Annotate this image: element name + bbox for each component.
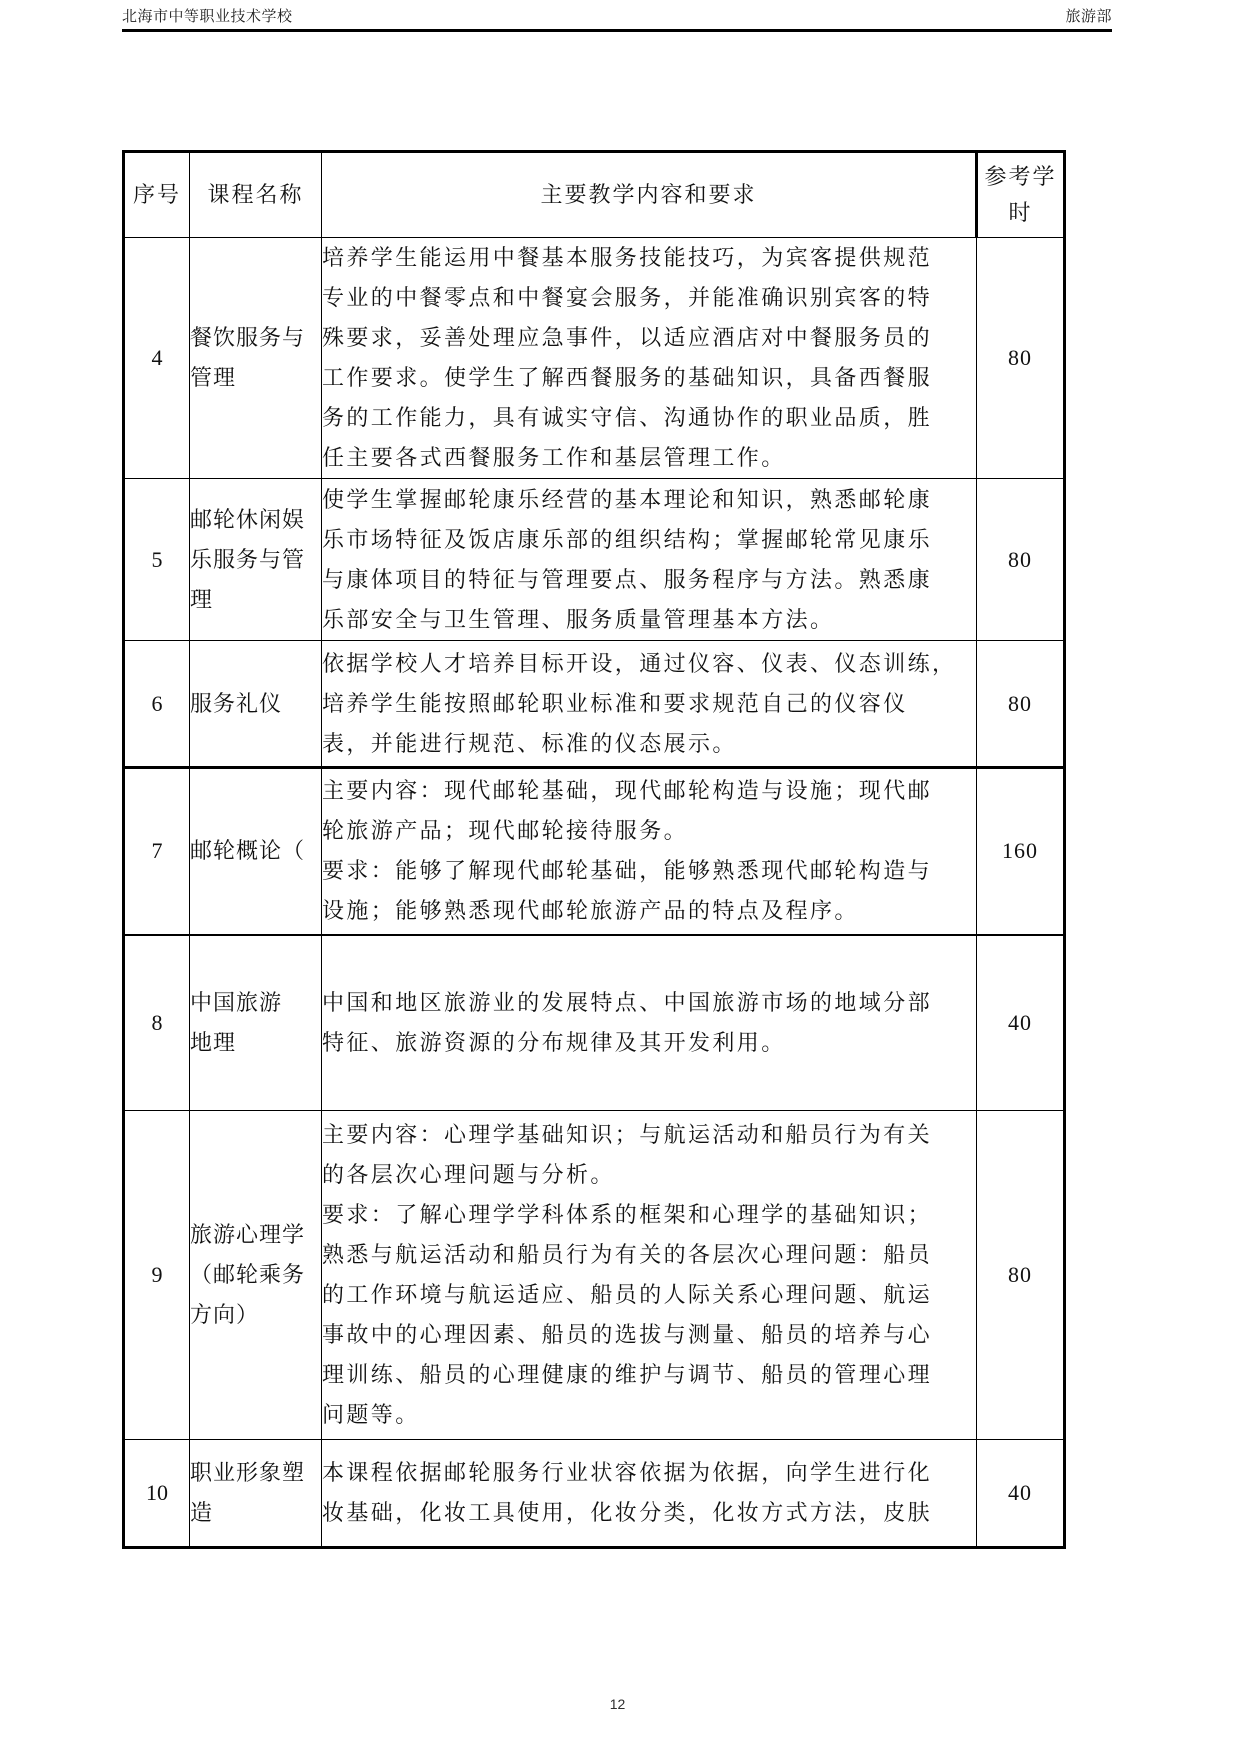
- cell-teaching-content: 中国和地区旅游业的发展特点、中国旅游市场的地域分部 特征、旅游资源的分布规律及其…: [322, 935, 977, 1111]
- col-header-num: 序号: [124, 152, 190, 238]
- document-page: 北海市中等职业技术学校 旅游部 序号 课程名称 主要教学内容和要求 参考学 时 …: [0, 0, 1235, 1749]
- cell-course-name: 中国旅游 地理: [190, 935, 322, 1111]
- cell-row-number: 9: [124, 1111, 190, 1440]
- cell-row-number: 4: [124, 238, 190, 479]
- cell-course-name: 服务礼仪: [190, 641, 322, 768]
- cell-teaching-content: 主要内容：心理学基础知识；与航运活动和船员行为有关 的各层次心理问题与分析。 要…: [322, 1111, 977, 1440]
- cell-row-number: 5: [124, 479, 190, 641]
- school-name: 北海市中等职业技术学校: [122, 5, 293, 26]
- table-row: 10 职业形象塑 造 本课程依据邮轮服务行业状容依据为依据，向学生进行化 妆基础…: [124, 1440, 1065, 1548]
- cell-course-name: 邮轮概论（: [190, 768, 322, 935]
- cell-reference-hours: 160: [977, 768, 1065, 935]
- table-row: 8 中国旅游 地理 中国和地区旅游业的发展特点、中国旅游市场的地域分部 特征、旅…: [124, 935, 1065, 1111]
- table-row: 5 邮轮休闲娱 乐服务与管 理 使学生掌握邮轮康乐经营的基本理论和知识，熟悉邮轮…: [124, 479, 1065, 641]
- cell-reference-hours: 80: [977, 1111, 1065, 1440]
- cell-reference-hours: 80: [977, 479, 1065, 641]
- col-header-hours: 参考学 时: [977, 152, 1065, 238]
- department-name: 旅游部: [1065, 5, 1112, 26]
- col-header-content: 主要教学内容和要求: [322, 152, 977, 238]
- page-footer: 12: [0, 1696, 1235, 1712]
- table-row: 6 服务礼仪 依据学校人才培养目标开设，通过仪容、仪表、仪态训练， 培养学生能按…: [124, 641, 1065, 768]
- cell-teaching-content: 使学生掌握邮轮康乐经营的基本理论和知识，熟悉邮轮康 乐市场特征及饭店康乐部的组织…: [322, 479, 977, 641]
- cell-reference-hours: 80: [977, 641, 1065, 768]
- cell-teaching-content: 依据学校人才培养目标开设，通过仪容、仪表、仪态训练， 培养学生能按照邮轮职业标准…: [322, 641, 977, 768]
- table-row: 9 旅游心理学 （邮轮乘务 方向） 主要内容：心理学基础知识；与航运活动和船员行…: [124, 1111, 1065, 1440]
- cell-teaching-content: 本课程依据邮轮服务行业状容依据为依据，向学生进行化 妆基础，化妆工具使用，化妆分…: [322, 1440, 977, 1548]
- cell-reference-hours: 40: [977, 1440, 1065, 1548]
- cell-row-number: 7: [124, 768, 190, 935]
- cell-teaching-content: 培养学生能运用中餐基本服务技能技巧，为宾客提供规范 专业的中餐零点和中餐宴会服务…: [322, 238, 977, 479]
- cell-course-name: 邮轮休闲娱 乐服务与管 理: [190, 479, 322, 641]
- cell-row-number: 10: [124, 1440, 190, 1548]
- header-divider: [122, 29, 1112, 32]
- cell-teaching-content: 主要内容：现代邮轮基础，现代邮轮构造与设施；现代邮 轮旅游产品；现代邮轮接待服务…: [322, 768, 977, 935]
- cell-reference-hours: 40: [977, 935, 1065, 1111]
- col-header-course: 课程名称: [190, 152, 322, 238]
- cell-row-number: 6: [124, 641, 190, 768]
- cell-course-name: 餐饮服务与 管理: [190, 238, 322, 479]
- course-table-rows: 4 餐饮服务与 管理 培养学生能运用中餐基本服务技能技巧，为宾客提供规范 专业的…: [124, 238, 1065, 1548]
- cell-course-name: 职业形象塑 造: [190, 1440, 322, 1548]
- table-row: 7 邮轮概论（ 主要内容：现代邮轮基础，现代邮轮构造与设施；现代邮 轮旅游产品；…: [124, 768, 1065, 935]
- page-header: 北海市中等职业技术学校 旅游部: [122, 5, 1112, 26]
- course-table-header: 序号 课程名称 主要教学内容和要求 参考学 时: [124, 152, 1065, 238]
- cell-reference-hours: 80: [977, 238, 1065, 479]
- header-row: 序号 课程名称 主要教学内容和要求 参考学 时: [124, 152, 1065, 238]
- cell-row-number: 8: [124, 935, 190, 1111]
- table-row: 4 餐饮服务与 管理 培养学生能运用中餐基本服务技能技巧，为宾客提供规范 专业的…: [124, 238, 1065, 479]
- page-number: 12: [610, 1696, 626, 1712]
- cell-course-name: 旅游心理学 （邮轮乘务 方向）: [190, 1111, 322, 1440]
- course-table: 序号 课程名称 主要教学内容和要求 参考学 时 4 餐饮服务与 管理 培养学生能…: [122, 150, 1066, 1549]
